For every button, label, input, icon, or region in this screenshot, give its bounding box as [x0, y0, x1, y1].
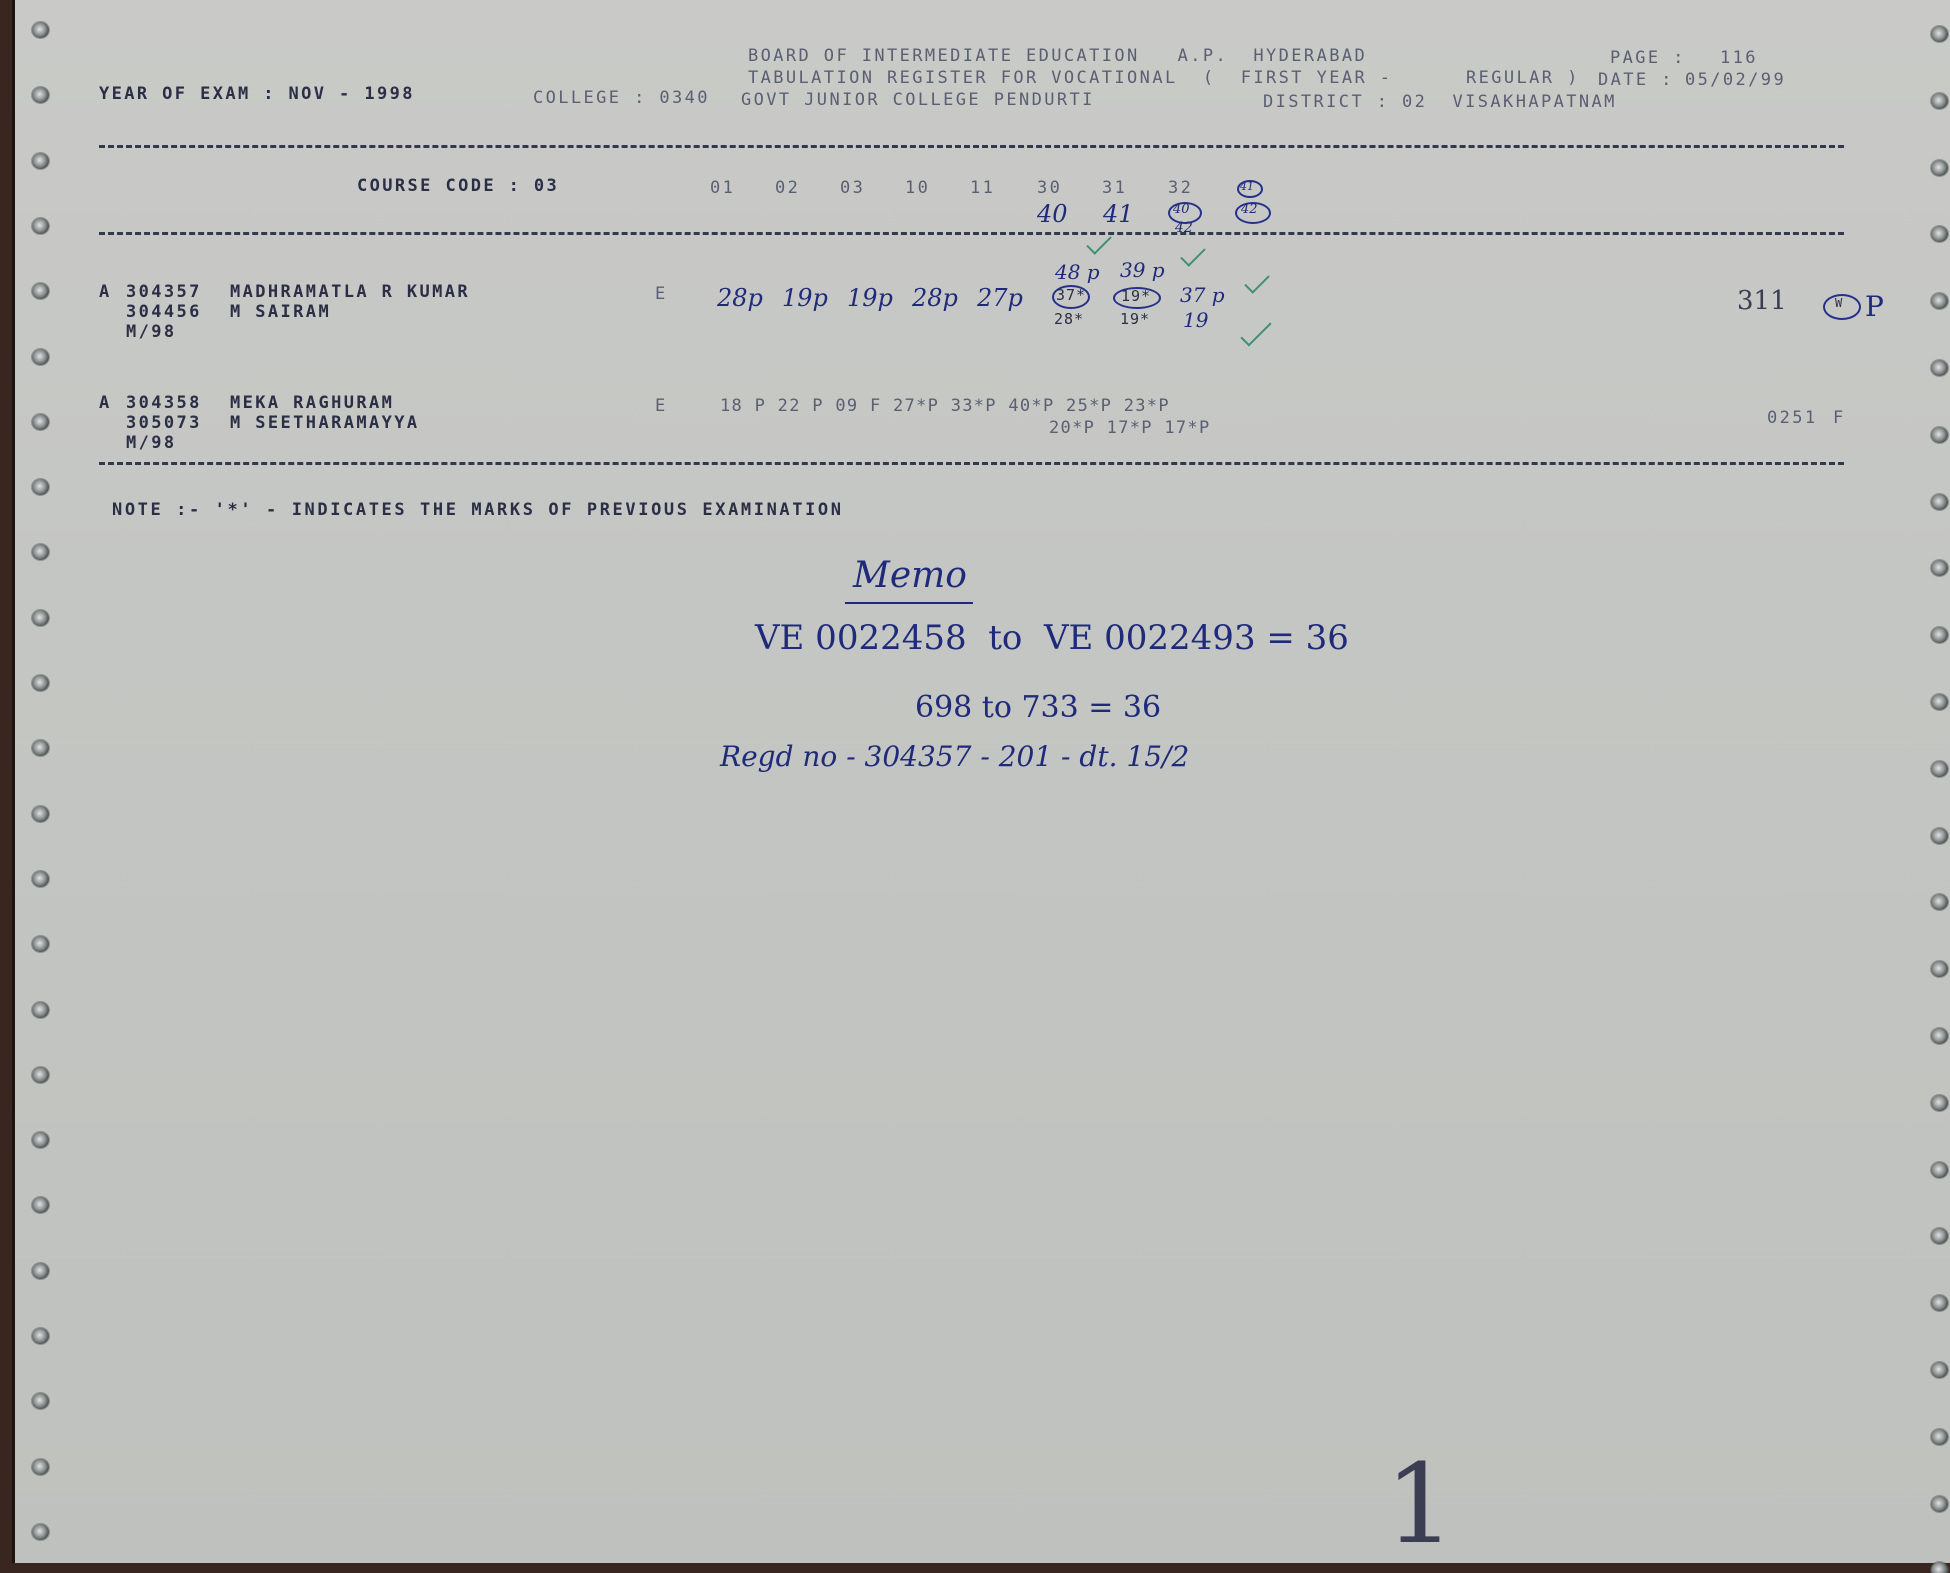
date-label: DATE :	[1598, 70, 1674, 90]
hw-code-41-circled: 41	[1240, 180, 1254, 193]
hw-code-40: 40	[1037, 200, 1068, 228]
corner-mark: 1	[1385, 1440, 1455, 1568]
father-name: M SAIRAM	[230, 302, 331, 322]
feed-hole	[32, 22, 49, 38]
feed-hole	[1931, 761, 1948, 777]
subject-code-10: 10	[905, 178, 930, 198]
feed-hole	[32, 1002, 49, 1018]
feed-hole	[32, 740, 49, 756]
feed-hole	[1931, 1496, 1948, 1512]
medium: E	[655, 284, 668, 304]
memo-line-2: 698 to 733 = 36	[915, 690, 1161, 725]
course-code: COURSE CODE : 03	[357, 176, 559, 196]
feed-hole	[32, 544, 49, 560]
subject-code-01: 01	[710, 178, 735, 198]
feed-hole	[1931, 627, 1948, 643]
register-title: TABULATION REGISTER FOR VOCATIONAL ( FIR…	[748, 68, 1392, 88]
feed-hole	[1931, 360, 1948, 376]
feed-hole	[32, 1393, 49, 1409]
subject-code-11: 11	[970, 178, 995, 198]
hall-ticket: 304358	[126, 393, 202, 413]
feed-hole	[1931, 1362, 1948, 1378]
mark-03: 19p	[847, 284, 893, 312]
feed-hole	[32, 283, 49, 299]
feed-hole	[32, 414, 49, 430]
hw-code-41: 41	[1103, 200, 1134, 228]
feed-hole	[32, 871, 49, 887]
student-name: MADHRAMATLA R KUMAR	[230, 282, 470, 302]
feed-hole	[32, 675, 49, 691]
feed-hole	[32, 1067, 49, 1083]
marks-row-1: 18 P 22 P 09 F 27*P 33*P 40*P 25*P 23*P	[720, 396, 1170, 416]
memo-heading: Memo	[853, 555, 967, 596]
date-value: 05/02/99	[1685, 70, 1786, 90]
feed-hole	[1931, 560, 1948, 576]
feed-hole	[1931, 694, 1948, 710]
college-name: GOVT JUNIOR COLLEGE PENDURTI	[741, 90, 1095, 110]
feed-hole	[1931, 828, 1948, 844]
feed-hole	[32, 1197, 49, 1213]
college-code: COLLEGE : 0340	[533, 88, 710, 108]
result-w: W	[1835, 296, 1843, 310]
result: P	[1865, 290, 1884, 323]
feed-hole	[1931, 961, 1948, 977]
category: A	[99, 282, 112, 302]
feed-hole	[1931, 1162, 1948, 1178]
result: F	[1833, 408, 1846, 428]
feed-hole	[32, 218, 49, 234]
feed-hole	[32, 349, 49, 365]
hw-mark-30: 48 p	[1055, 260, 1100, 284]
page-number: 116	[1720, 48, 1758, 68]
hw-code-42-circled: 42	[1241, 202, 1258, 217]
subject-code-03: 03	[840, 178, 865, 198]
feed-hole	[32, 87, 49, 103]
feed-hole	[1931, 1562, 1948, 1573]
prev-ticket: 305073	[126, 413, 202, 433]
feed-hole	[1931, 494, 1948, 510]
feed-hole	[1931, 93, 1948, 109]
feed-hole	[1931, 894, 1948, 910]
year-of-exam: YEAR OF EXAM : NOV - 1998	[99, 84, 415, 104]
category: A	[99, 393, 112, 413]
check-icon	[1180, 241, 1205, 266]
separator-line	[99, 145, 1844, 148]
feed-hole	[32, 1524, 49, 1540]
feed-hole	[32, 610, 49, 626]
hall-ticket: 304357	[126, 282, 202, 302]
memo-line-1: VE 0022458 to VE 0022493 = 36	[755, 618, 1349, 658]
student-name: MEKA RAGHURAM	[230, 393, 394, 413]
hw-mark-32: 37 p	[1180, 283, 1225, 307]
feed-hole	[32, 153, 49, 169]
mark-11: 27p	[977, 284, 1023, 312]
feed-hole	[32, 479, 49, 495]
feed-hole	[1931, 1228, 1948, 1244]
feed-hole	[1931, 1095, 1948, 1111]
prev-mark-30: 37*	[1056, 286, 1086, 304]
feed-hole	[1931, 226, 1948, 242]
district: DISTRICT : 02 VISAKHAPATNAM	[1263, 92, 1617, 112]
mark-02: 19p	[782, 284, 828, 312]
mark-10: 28p	[912, 284, 958, 312]
feed-hole	[1931, 160, 1948, 176]
feed-hole	[1931, 1429, 1948, 1445]
separator-line	[99, 232, 1844, 235]
total-marks: 311	[1737, 286, 1787, 316]
feed-hole	[1931, 26, 1948, 42]
month-year: M/98	[126, 322, 177, 342]
feed-hole	[32, 936, 49, 952]
subject-code-31: 31	[1102, 178, 1127, 198]
feed-hole	[32, 1132, 49, 1148]
hw-mark-31: 39 p	[1120, 258, 1165, 282]
medium: E	[655, 396, 668, 416]
hw-mark-row2-32: 19	[1183, 308, 1208, 332]
feed-hole	[1931, 1295, 1948, 1311]
tabulation-register-sheet: BOARD OF INTERMEDIATE EDUCATION A.P. HYD…	[12, 0, 1950, 1563]
feed-hole	[32, 1328, 49, 1344]
subject-code-32: 32	[1168, 178, 1193, 198]
father-name: M SEETHARAMAYYA	[230, 413, 420, 433]
check-icon	[1244, 268, 1269, 293]
marks-row-2: 20*P 17*P 17*P	[1049, 418, 1211, 438]
month-year: M/98	[126, 433, 177, 453]
subject-code-30: 30	[1037, 178, 1062, 198]
feed-hole	[1931, 293, 1948, 309]
prev-ticket: 304456	[126, 302, 202, 322]
hw-code-40-circled: 40	[1173, 202, 1190, 217]
board-title: BOARD OF INTERMEDIATE EDUCATION A.P. HYD…	[748, 46, 1367, 66]
subject-code-02: 02	[775, 178, 800, 198]
mark-01: 28p	[717, 284, 763, 312]
feed-hole	[1931, 427, 1948, 443]
total-marks: 0251	[1767, 408, 1818, 428]
prev-mark-row2-31: 19*	[1120, 310, 1150, 328]
prev-mark-31: 19*	[1121, 287, 1151, 305]
feed-hole	[32, 1263, 49, 1279]
feed-hole	[32, 1459, 49, 1475]
feed-hole	[1931, 1028, 1948, 1044]
page-label: PAGE :	[1610, 48, 1686, 68]
footnote: NOTE :- '*' - INDICATES THE MARKS OF PRE…	[112, 500, 844, 520]
feed-hole	[32, 806, 49, 822]
regular-label: REGULAR )	[1466, 68, 1580, 88]
separator-line	[99, 462, 1844, 465]
memo-line-3: Regd no - 304357 - 201 - dt. 15/2	[720, 740, 1189, 773]
prev-mark-row2-30: 28*	[1054, 310, 1084, 328]
check-icon	[1240, 315, 1271, 346]
memo-underline	[845, 602, 973, 604]
